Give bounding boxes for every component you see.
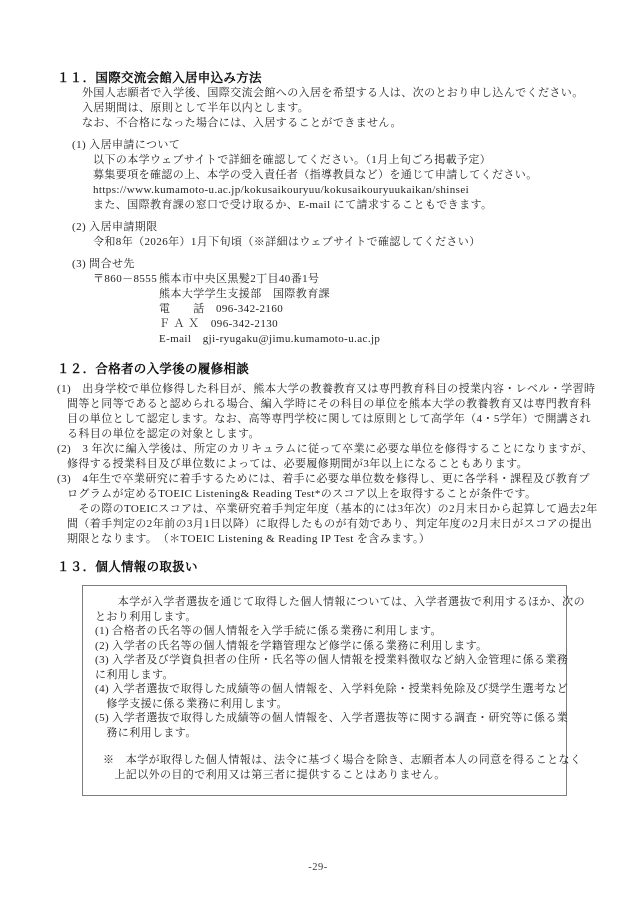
- text-line: (1) 出身学校で単位修得した科目が、熊本大学の教養教育又は専門教育科目の授業内…: [67, 382, 586, 397]
- text-line: 修学支援に係る業務に利用します。: [95, 697, 554, 712]
- section-11-item-1: (1) 入居申請について 以下の本学ウェブサイトで詳細を確認してください。（1月…: [57, 138, 586, 213]
- text-line: 以下の本学ウェブサイトで詳細を確認してください。（1月上旬ごろ掲載予定）: [93, 153, 586, 168]
- text-line: (3) 入学者及び学資負担者の住所・氏名等の個人情報を授業料徴収など納入金管理に…: [95, 653, 554, 668]
- page-content: １１．国際交流会館入居申込み方法 外国人志願者で入学後、国際交流会館への入居を希…: [0, 0, 636, 796]
- text-line: Ｆ Ａ Ｘ 096-342-2130: [159, 317, 586, 332]
- text-line: 期限となります。 （＊TOEIC Listening & Reading IP …: [67, 532, 586, 547]
- section-13-heading: １３．個人情報の取扱い: [57, 559, 586, 575]
- text-line: 令和8年（2026年）1月下旬頃（※詳細はウェブサイトで確認してください）: [93, 235, 586, 250]
- text-line: に利用します。: [95, 668, 554, 683]
- text-line: また、国際教育課の窓口で受け取るか、E-mail にて請求することもできます。: [93, 198, 586, 213]
- text-line: 入居期間は、原則として半年以内とします。: [82, 101, 586, 116]
- text-line: 募集要項を確認の上、本学の受入責任者（指導教員など）を通じて申請してください。: [93, 168, 586, 183]
- privacy-note: ※ 本学が取得した個人情報は、法令に基づく場合を除き、志願者本人の同意を得ること…: [95, 753, 554, 782]
- text-line: 外国人志願者で入学後、国際交流会館への入居を希望する人は、次のとおり申し込んでく…: [82, 86, 586, 101]
- text-line: https://www.kumamoto-u.ac.jp/kokusaikour…: [93, 183, 586, 198]
- text-line: る科目の単位を認定の対象とします。: [67, 427, 586, 442]
- text-line: 上記以外の目的で利用又は第三者に提供することはありません。: [103, 768, 554, 783]
- item-1-body: 以下の本学ウェブサイトで詳細を確認してください。（1月上旬ごろ掲載予定）募集要項…: [93, 153, 586, 213]
- text-line: なお、不合格になった場合には、入居することができません。: [82, 116, 586, 131]
- text-line: 務に利用します。: [95, 726, 554, 741]
- section-11-item-3: (3) 問合せ先 〒860－8555 熊本市中央区黒髪2丁目40番1号熊本大学学…: [57, 257, 586, 347]
- text-line: ログラムが定めるTOEIC Listening& Reading Test*のス…: [67, 487, 586, 502]
- section-12-course-consultation: １２．合格者の入学後の履修相談 (1) 出身学校で単位修得した科目が、熊本大学の…: [57, 361, 586, 547]
- text-line: 電 話 096-342-2160: [159, 302, 586, 317]
- section-11-housing-application: １１．国際交流会館入居申込み方法 外国人志願者で入学後、国際交流会館への入居を希…: [57, 70, 586, 347]
- item-2-body: 令和8年（2026年）1月下旬頃（※詳細はウェブサイトで確認してください）: [93, 235, 586, 250]
- section-11-intro: 外国人志願者で入学後、国際交流会館への入居を希望する人は、次のとおり申し込んでく…: [82, 86, 586, 131]
- document-page: １１．国際交流会館入居申込み方法 外国人志願者で入学後、国際交流会館への入居を希…: [0, 0, 636, 900]
- text-line: 熊本大学学生支援部 国際教育課: [159, 287, 586, 302]
- text-line: とおり利用します。: [95, 610, 554, 625]
- contact-details: 熊本市中央区黒髪2丁目40番1号熊本大学学生支援部 国際教育課電 話 096-3…: [159, 272, 586, 347]
- text-line: (4) 入学者選抜で取得した成績等の個人情報を、入学料免除・授業料免除及び奨学生…: [95, 682, 554, 697]
- section-12-heading: １２．合格者の入学後の履修相談: [57, 361, 586, 377]
- text-line: 目の単位として認定します。なお、高等専門学校に関しては原則として高学年（4・5学…: [67, 412, 586, 427]
- text-line: (1) 合格者の氏名等の個人情報を入学手続に係る業務に利用します。: [95, 624, 554, 639]
- privacy-notice-box: 本学が入学者選抜を通じて取得した個人情報については、入学者選抜で利用するほか、次…: [82, 585, 567, 796]
- text-line: (2) 入学者の氏名等の個人情報を学籍管理など修学に係る業務に利用します。: [95, 639, 554, 654]
- text-line: ※ 本学が取得した個人情報は、法令に基づく場合を除き、志願者本人の同意を得ること…: [103, 753, 554, 768]
- section-11-heading: １１．国際交流会館入居申込み方法: [57, 70, 586, 86]
- text-line: 熊本市中央区黒髪2丁目40番1号: [159, 272, 586, 287]
- text-line: (5) 入学者選抜で取得した成績等の個人情報を、入学者選抜等に関する調査・研究等…: [95, 711, 554, 726]
- privacy-intro: 本学が入学者選抜を通じて取得した個人情報については、入学者選抜で利用するほか、次…: [95, 595, 554, 624]
- section-12-item-1: (1) 出身学校で単位修得した科目が、熊本大学の教養教育又は専門教育科目の授業内…: [57, 382, 586, 442]
- item-2-label: (2) 入居申請期限: [72, 220, 586, 235]
- text-line: 間（着手判定の2年前の3月1日以降）に取得したものが有効であり、判定年度の2月末…: [67, 517, 586, 532]
- text-line: (2) 3 年次に編入学後は、所定のカリキュラムに従って卒業に必要な単位を修得す…: [67, 442, 586, 457]
- text-line: 間等と同等であると認められる場合、編入学時にその科目の単位を熊本大学の教養教育又…: [67, 397, 586, 412]
- text-line: (3) 4年生で卒業研究に着手するためには、着手に必要な単位数を修得し、更に各学…: [67, 472, 586, 487]
- item-3-label: (3) 問合せ先: [72, 257, 586, 272]
- page-number: -29-: [0, 860, 636, 875]
- text-line: その際のTOEICスコアは、卒業研究着手判定年度（基本的には3年次）の2月末日か…: [67, 502, 586, 517]
- postal-code: 〒860－8555: [93, 272, 159, 347]
- section-12-item-3: (3) 4年生で卒業研究に着手するためには、着手に必要な単位数を修得し、更に各学…: [57, 472, 586, 547]
- privacy-items: (1) 合格者の氏名等の個人情報を入学手続に係る業務に利用します。(2) 入学者…: [95, 624, 554, 740]
- section-13-personal-info: １３．個人情報の取扱い 本学が入学者選抜を通じて取得した個人情報については、入学…: [57, 559, 586, 796]
- text-line: 修得する授業科目及び単位数によっては、必要履修期間が3年以上になることもあります…: [67, 457, 586, 472]
- text-line: E-mail gji-ryugaku@jimu.kumamoto-u.ac.jp: [159, 332, 586, 347]
- contact-block: 〒860－8555 熊本市中央区黒髪2丁目40番1号熊本大学学生支援部 国際教育…: [93, 272, 586, 347]
- text-line: 本学が入学者選抜を通じて取得した個人情報については、入学者選抜で利用するほか、次…: [95, 595, 554, 610]
- section-12-item-2: (2) 3 年次に編入学後は、所定のカリキュラムに従って卒業に必要な単位を修得す…: [57, 442, 586, 472]
- item-1-label: (1) 入居申請について: [72, 138, 586, 153]
- section-11-item-2: (2) 入居申請期限 令和8年（2026年）1月下旬頃（※詳細はウェブサイトで確…: [57, 220, 586, 250]
